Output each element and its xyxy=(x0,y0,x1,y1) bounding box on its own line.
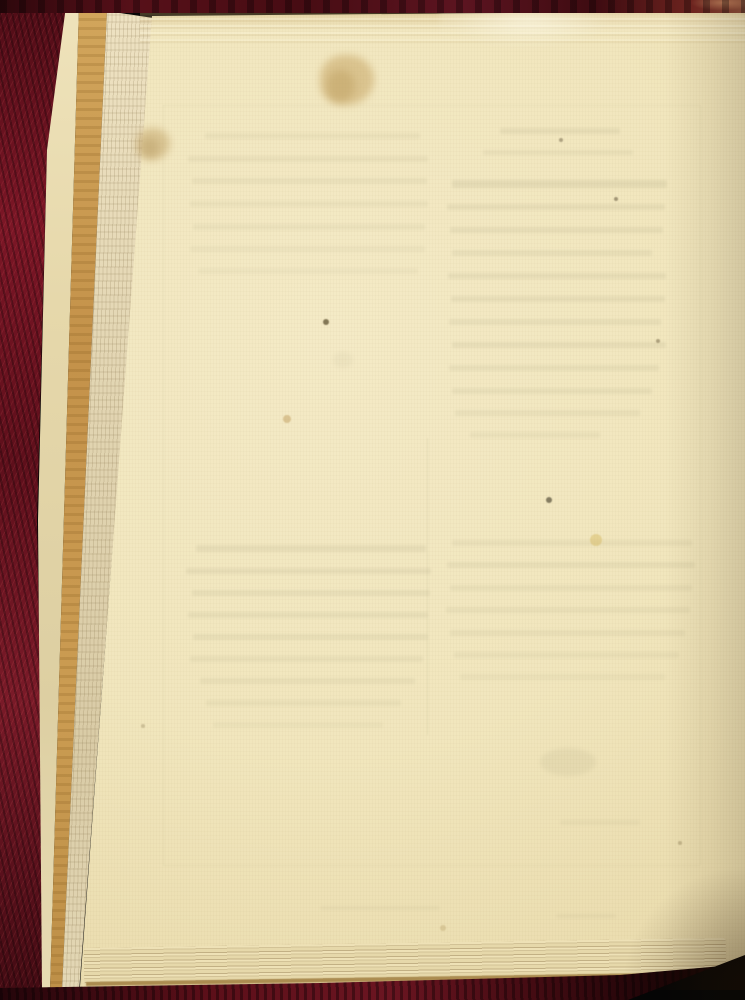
foxing-speck xyxy=(590,534,602,546)
foxing-speck xyxy=(283,415,291,423)
corner-shadow xyxy=(585,830,745,990)
foxing-speck xyxy=(141,724,145,728)
foxing-speck xyxy=(559,138,563,142)
foxing-speck xyxy=(323,319,329,325)
foxing-speck xyxy=(614,197,618,201)
foxing-speck xyxy=(440,925,446,931)
book-scan-photo xyxy=(0,0,745,1000)
foxing-speck xyxy=(546,497,552,503)
foxing-speck xyxy=(656,339,660,343)
velvet-cover-top-strip xyxy=(0,0,745,13)
